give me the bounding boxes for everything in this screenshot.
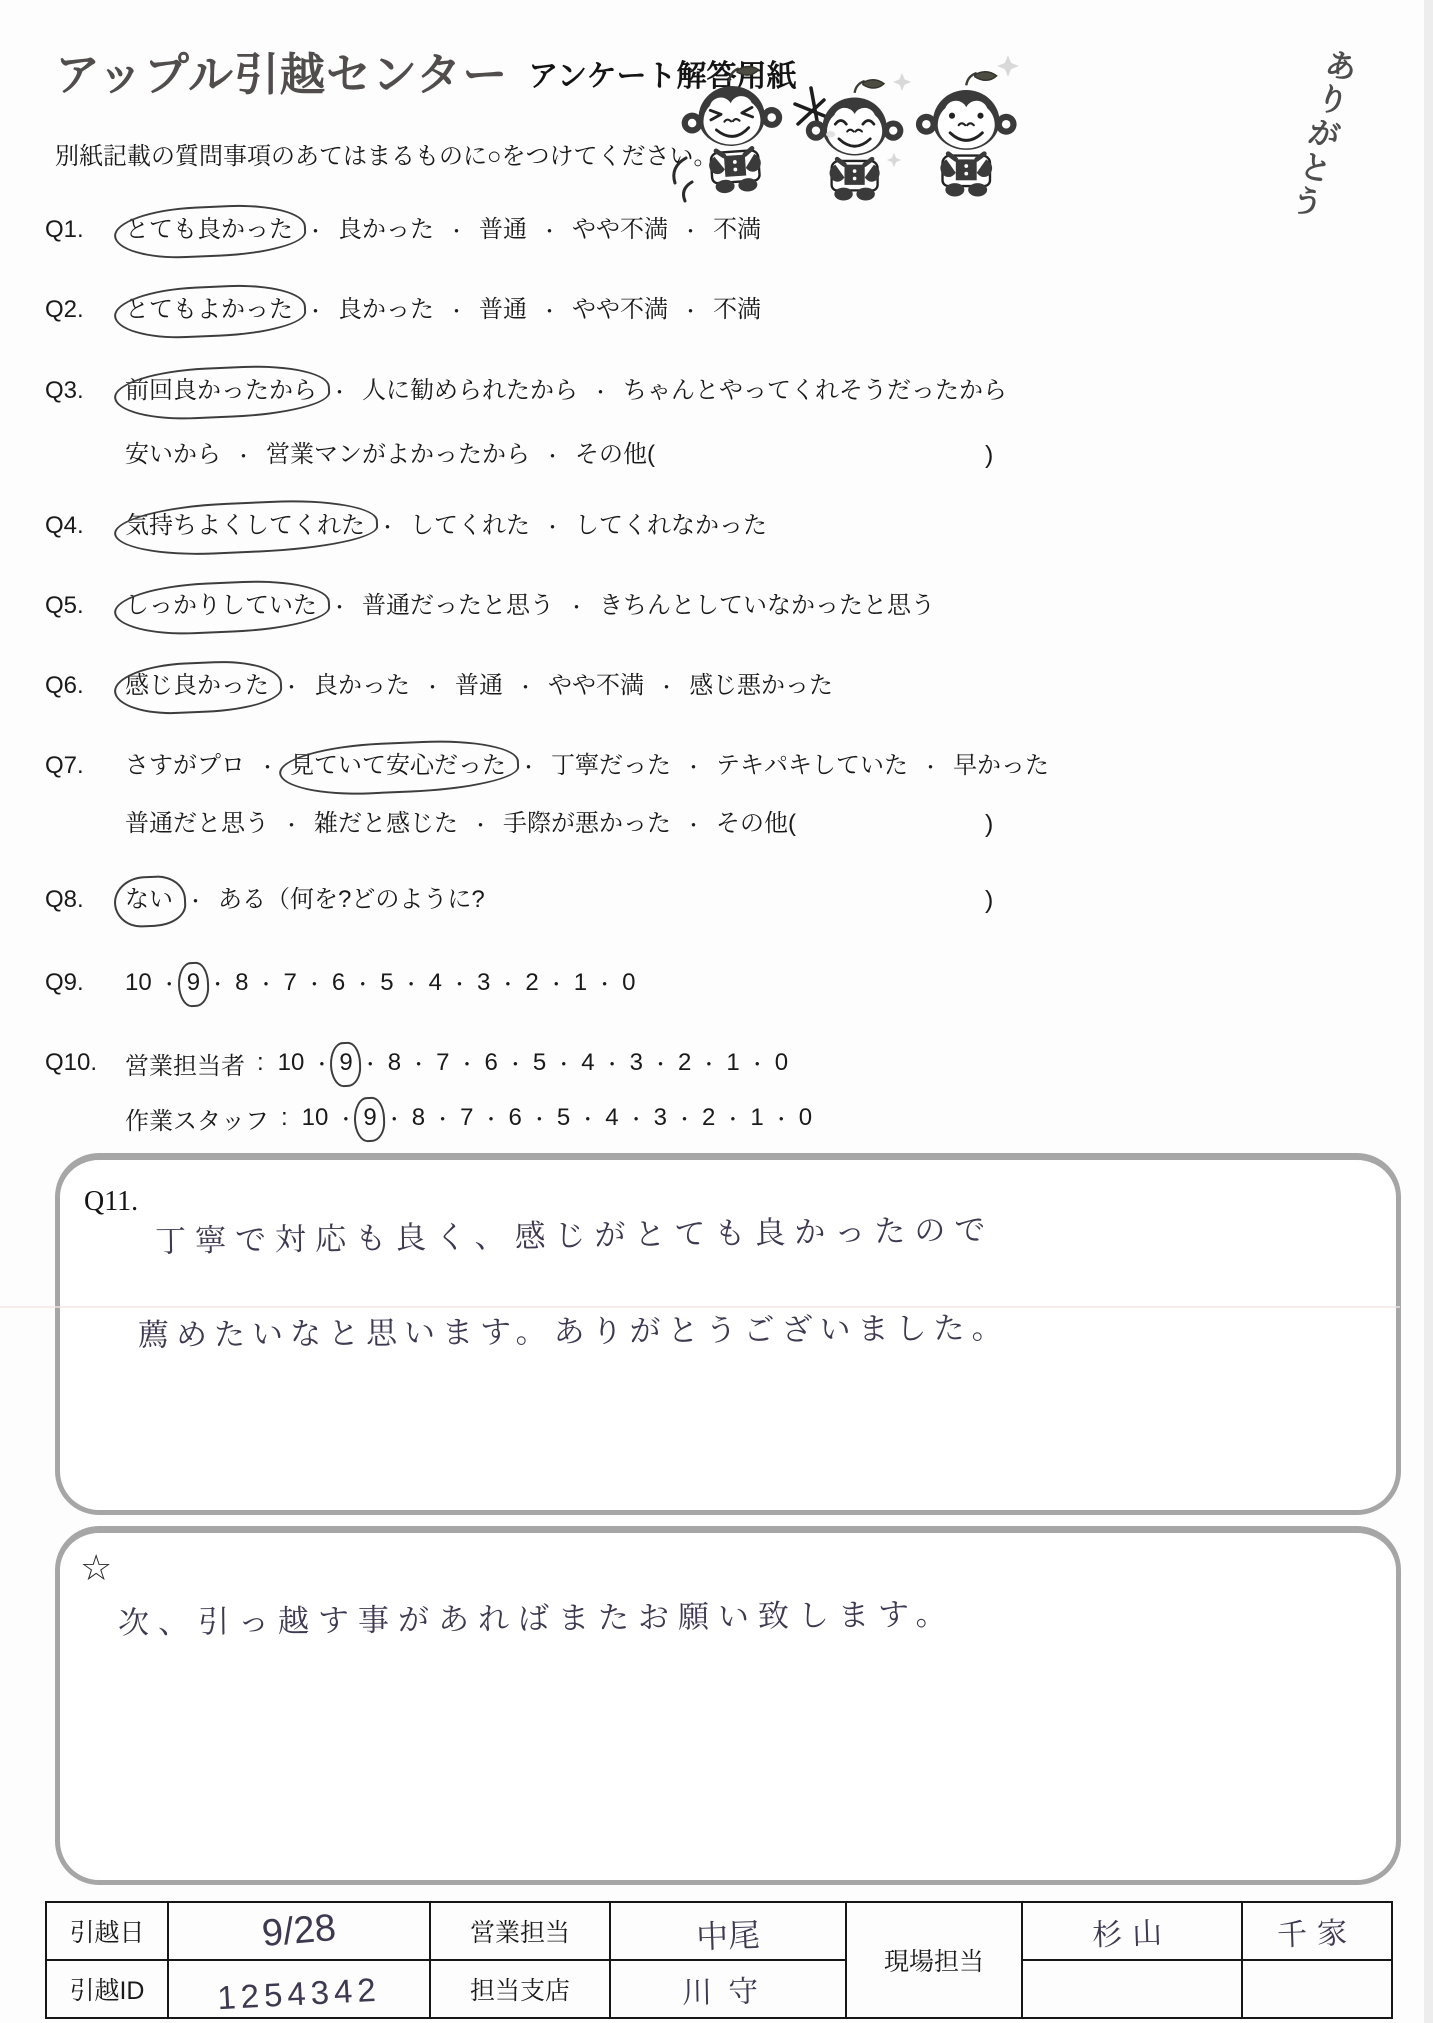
answer-option: 8 [412,1104,425,1132]
answer-option: 2 [702,1104,715,1132]
answer-option: 1 [574,969,587,997]
answer-option-circled: とてもよかった [125,296,293,324]
question-line: Q2.とてもよかった・良かった・普通・やや不満・不満 [45,292,1045,328]
option-separator: ・ [330,593,349,620]
close-paren: ) [985,810,993,839]
question-id: Q9. [45,969,125,997]
answer-option: 5 [380,969,393,997]
option-separator: ・ [409,1050,428,1077]
option-separator: ・ [772,1105,791,1132]
answer-option: ある（何を?どのように? [218,886,485,914]
option-separator: ・ [447,297,466,324]
colon-separator: : [257,1049,264,1077]
answer-option: 早かった [953,752,1049,780]
survey-sheet: アップル引越センター アンケート解答用紙 別紙記載の質問事項のあてはまるものに○… [0,0,1433,2023]
option-separator: ・ [282,673,301,700]
answer-option: 4 [581,1049,594,1077]
option-separator: ・ [306,217,325,244]
question-line: Q1.とても良かった・良かった・普通・やや不満・不満 [45,212,1045,248]
excite-mark [795,88,827,126]
answer-option: 手際が悪かった [503,810,671,838]
answer-option-circled: 前回良かったから [125,377,317,405]
answer-option: やや不満 [572,216,668,244]
option-separator: ・ [540,217,559,244]
question-id: Q3. [45,377,125,405]
site-crew-label: 現場担当 [846,1902,1022,2018]
answer-option: その他( [716,810,796,838]
answer-option: 良かった [314,672,410,700]
answer-option: 雑だと感じた [314,810,458,838]
answer-option: 5 [557,1104,570,1132]
move-id-handwriting: 1254342 [217,1971,382,2018]
sparkle-icon [887,153,901,167]
question-line: Q5.しっかりしていた・普通だったと思う・きちんとしていなかったと思う [45,588,1045,624]
option-separator: ・ [482,1105,501,1132]
site-crew-name-1: 杉山 [1022,1902,1242,1960]
answer-option: 2 [525,969,538,997]
answer-option: テキパキしていた [716,752,908,780]
site-crew-handwriting-1: 杉山 [1091,1908,1172,1955]
monkey-waving-icon [678,64,787,195]
sales-rep-label: 営業担当 [430,1902,610,1960]
answer-option: 良かった [338,296,434,324]
question-line: Q4.気持ちよくしてくれた・してくれた・してくれなかった [45,508,1045,544]
answer-option: してくれた [410,512,530,540]
answer-option: やや不満 [548,672,644,700]
q11-handwritten-line-2: 薦めたいなと思います。ありがとうございました。 [138,1302,1010,1355]
instruction-text: 別紙記載の質問事項のあてはまるものに○をつけてください。 [55,136,718,171]
question-id: Q4. [45,512,125,540]
answer-option-circled: 気持ちよくしてくれた [125,512,365,540]
option-separator: ・ [699,1050,718,1077]
sales-rep-handwriting: 中尾 [695,1910,761,1958]
answer-option: 10 [278,1049,305,1077]
option-separator: ・ [684,811,703,838]
option-separator: ・ [591,378,610,405]
option-separator: ・ [578,1105,597,1132]
option-separator: ・ [234,442,253,469]
answer-option: さすがプロ [125,752,245,780]
answer-option: 普通 [455,672,503,700]
colon-separator: : [281,1104,288,1132]
answer-option: 1 [750,1104,763,1132]
option-separator: ・ [543,513,562,540]
option-separator: ・ [547,970,566,997]
answer-option: 2 [678,1049,691,1077]
answer-option: 3 [477,969,490,997]
answer-option: 1 [726,1049,739,1077]
answer-option: 普通だと思う [125,810,269,838]
move-id-label: 引越ID [46,1960,168,2018]
question-id: Q1. [45,216,125,244]
answer-option: 良かった [338,216,434,244]
option-separator: ・ [567,593,586,620]
option-separator: ・ [433,1105,452,1132]
option-separator: ・ [921,753,940,780]
answer-option: 普通だったと思う [362,592,554,620]
option-separator: ・ [530,1105,549,1132]
close-paren: ) [985,441,993,470]
answer-option-circled: 9 [187,969,200,997]
answer-option: 4 [429,969,442,997]
star-comment-box: ☆ 次、引っ越す事があればまたお願い致します。 [55,1526,1401,1885]
question-line: 普通だと思う・雑だと感じた・手際が悪かった・その他() [45,806,1045,842]
q11-handwritten-line-1: 丁寧で対応も良く、感じがとても良かったので [155,1204,995,1261]
answer-option: 6 [332,969,345,997]
answer-option: 安いから [125,441,221,469]
sparkle-icon [893,73,911,91]
option-separator: ・ [186,887,205,914]
sparkle-icon [997,55,1019,77]
answer-option: 6 [485,1049,498,1077]
option-separator: ・ [160,970,179,997]
option-separator: ・ [471,811,490,838]
option-separator: ・ [684,753,703,780]
option-separator: ・ [554,1050,573,1077]
answer-option: してくれなかった [575,512,767,540]
option-separator: ・ [312,1050,331,1077]
option-separator: ・ [208,970,227,997]
question-line: Q6.感じ良かった・良かった・普通・やや不満・感じ悪かった [45,668,1045,704]
option-separator: ・ [330,378,349,405]
site-crew-name-2: 千家 [1242,1902,1392,1960]
option-separator: ・ [675,1105,694,1132]
motion-lines [674,158,692,201]
option-separator: ・ [305,970,324,997]
answer-option-circled: 9 [363,1104,376,1132]
answer-option: 0 [799,1104,812,1132]
answer-option: 5 [533,1049,546,1077]
option-separator: ・ [336,1105,355,1132]
option-separator: ・ [516,673,535,700]
move-date-handwriting: 9/28 [260,1906,337,1955]
subject-label: 作業スタッフ [125,1101,269,1136]
close-paren: ) [985,886,993,915]
move-date-value: 9/28 [168,1902,430,1960]
question-id: Q8. [45,886,125,914]
option-separator: ・ [681,297,700,324]
option-separator: ・ [385,1105,404,1132]
question-line: 作業スタッフ:10・9・8・7・6・5・4・3・2・1・0 [45,1100,1045,1136]
option-separator: ・ [402,970,421,997]
sales-rep-value: 中尾 [610,1902,846,1960]
answer-option: 7 [436,1049,449,1077]
empty-cell [1242,1960,1392,2018]
option-separator: ・ [603,1050,622,1077]
option-separator: ・ [306,297,325,324]
branch-handwriting: 川守 [682,1966,775,2012]
question-id: Q5. [45,592,125,620]
answer-option-circled: とても良かった [125,216,293,244]
option-separator: ・ [458,1050,477,1077]
option-separator: ・ [450,970,469,997]
question-id: Q10. [45,1049,125,1077]
option-separator: ・ [543,442,562,469]
option-separator: ・ [657,673,676,700]
option-separator: ・ [748,1050,767,1077]
question-id: Q7. [45,752,125,780]
answer-option: 不満 [713,296,761,324]
move-id-value: 1254342 [168,1960,430,2018]
option-separator: ・ [353,970,372,997]
answer-option: やや不満 [572,296,668,324]
option-separator: ・ [256,970,275,997]
answer-option: 不満 [713,216,761,244]
branch-value: 川守 [610,1960,846,2018]
answer-option: 10 [302,1104,329,1132]
answer-option: 6 [509,1104,522,1132]
q11-label: Q11. [84,1186,138,1218]
option-separator: ・ [540,297,559,324]
answer-option-circled: しっかりしていた [125,592,317,620]
option-separator: ・ [681,217,700,244]
option-separator: ・ [447,217,466,244]
footer-table: 引越日 9/28 営業担当 中尾 現場担当 杉山 千家 引越ID 1254342… [45,1901,1393,2019]
option-separator: ・ [519,753,538,780]
answer-option: 8 [388,1049,401,1077]
question-id: Q6. [45,672,125,700]
question-line: Q3.前回良かったから・人に勧められたから・ちゃんとやってくれそうだったから [45,373,1045,409]
answer-option: 3 [630,1049,643,1077]
answer-option-circled: 9 [339,1049,352,1077]
option-separator: ・ [627,1105,646,1132]
monkey-smiling-icon [916,72,1017,197]
question-line: Q8.ない・ある（何を?どのように?) [45,882,1045,918]
answer-option: 4 [605,1104,618,1132]
question-line: 安いから・営業マンがよかったから・その他() [45,437,1045,473]
brand-logo: アップル引越センター [55,52,508,97]
answer-option-circled: ない [125,886,173,914]
answer-option: 7 [283,969,296,997]
answer-option-circled: 見ていて安心だった [290,752,506,780]
empty-cell [1022,1960,1242,2018]
answer-option-circled: 感じ良かった [125,672,269,700]
answer-option: ちゃんとやってくれそうだったから [623,377,1007,405]
table-row: 引越日 9/28 営業担当 中尾 現場担当 杉山 千家 [46,1902,1392,1960]
answer-option: 普通 [479,216,527,244]
question-line: Q9.10・9・8・7・6・5・4・3・2・1・0 [45,965,1045,1001]
option-separator: ・ [258,753,277,780]
answer-option: 3 [654,1104,667,1132]
table-row: 引越ID 1254342 担当支店 川守 [46,1960,1392,2018]
option-separator: ・ [723,1105,742,1132]
subject-label: 営業担当者 [125,1046,245,1081]
question-line: Q10.営業担当者:10・9・8・7・6・5・4・3・2・1・0 [45,1045,1045,1081]
star-icon: ☆ [80,1547,112,1589]
answer-option: 丁寧だった [551,752,671,780]
option-separator: ・ [506,1050,525,1077]
answer-option: きちんとしていなかったと思う [599,592,935,620]
answer-option: 0 [622,969,635,997]
scan-edge [1424,0,1433,2023]
branch-label: 担当支店 [430,1960,610,2018]
option-separator: ・ [378,513,397,540]
q11-comment-box: Q11. 丁寧で対応も良く、感じがとても良かったので 薦めたいなと思います。あり… [55,1153,1401,1515]
answer-option: 0 [775,1049,788,1077]
monkey-cheering-icon [806,80,904,201]
option-separator: ・ [595,970,614,997]
option-separator: ・ [361,1050,380,1077]
answer-option: 10 [125,969,152,997]
option-separator: ・ [282,811,301,838]
question-id: Q2. [45,296,125,324]
star-handwritten-line: 次、引っ越す事があればまたお願い致します。 [118,1589,956,1643]
site-crew-handwriting-2: 千家 [1276,1908,1357,1955]
answer-option: 営業マンがよかったから [266,441,530,469]
option-separator: ・ [498,970,517,997]
answer-option: 普通 [479,296,527,324]
option-separator: ・ [423,673,442,700]
question-line: Q7.さすがプロ・見ていて安心だった・丁寧だった・テキパキしていた・早かった [45,748,1045,784]
answer-option: 感じ悪かった [689,672,833,700]
move-date-label: 引越日 [46,1902,168,1960]
option-separator: ・ [651,1050,670,1077]
answer-option: 8 [235,969,248,997]
answer-option: 7 [460,1104,473,1132]
answer-option: 人に勧められたから [362,377,578,405]
answer-option: その他( [575,441,655,469]
